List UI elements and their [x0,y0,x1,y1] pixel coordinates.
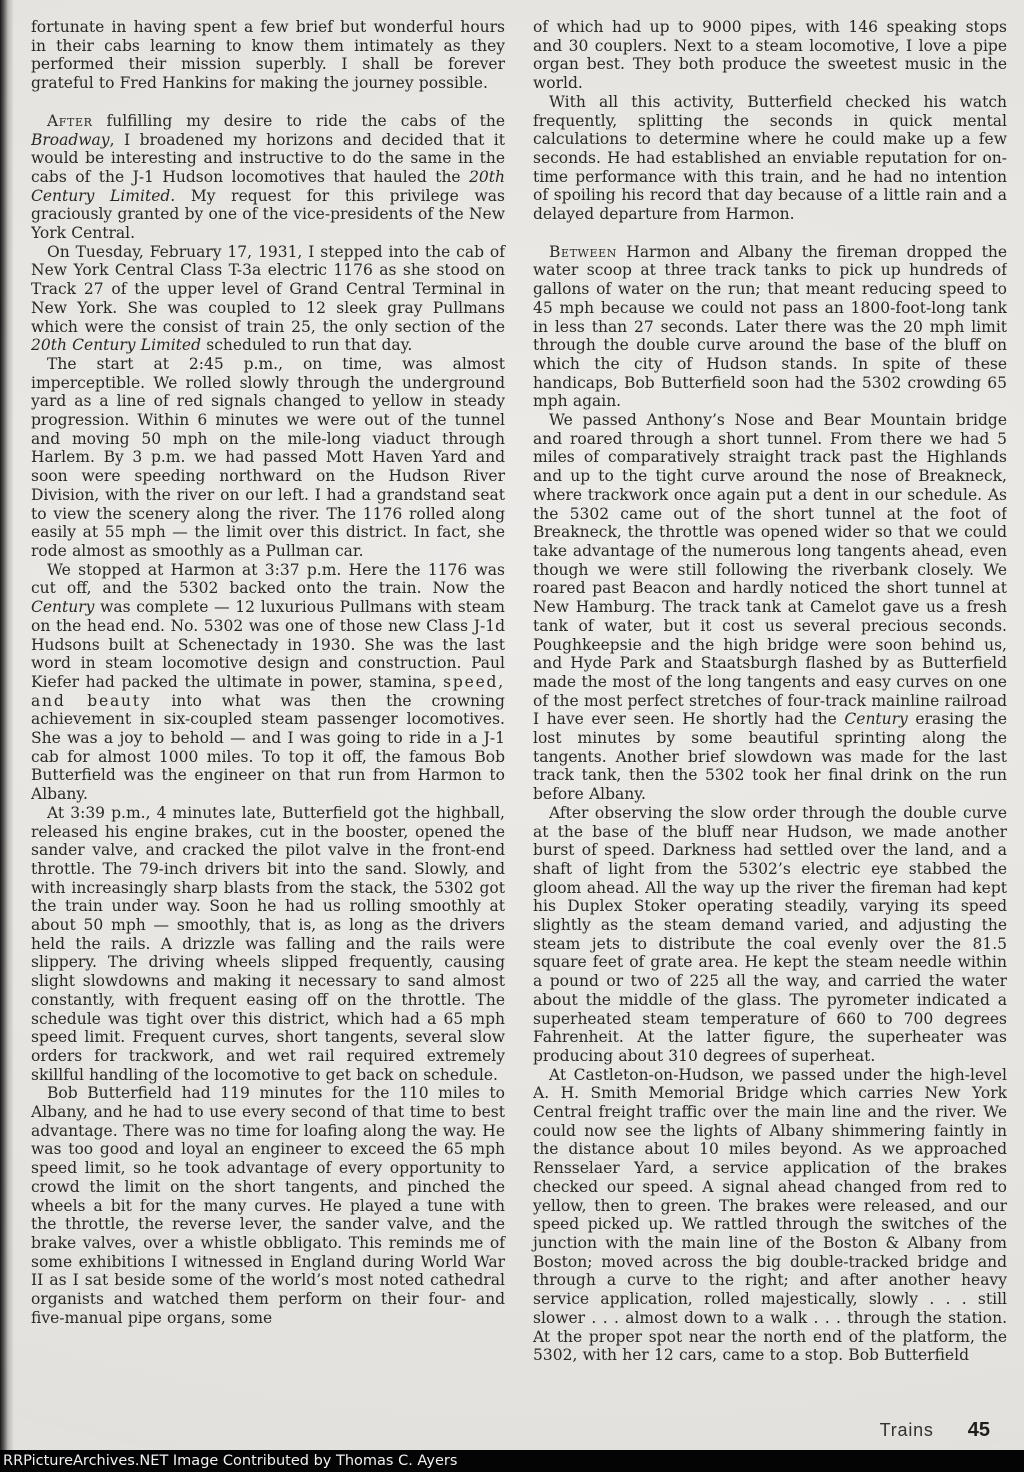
paragraph: Bob Butterfield had 119 minutes for the … [31,1084,505,1327]
text-segment: fortunate in having spent a few brief bu… [31,18,505,92]
left-column: fortunate in having spent a few brief bu… [31,18,505,1432]
text-segment: On Tuesday, February 17, 1931, I stepped… [31,243,505,336]
text-segment: 20th Century Limited [31,336,201,354]
paragraph: At Castleton-on-Hudson, we passed under … [533,1066,1007,1365]
paragraph: We stopped at Harmon at 3:37 p.m. Here t… [31,561,505,804]
text-segment: of which had up to 9000 pipes, with 146 … [533,18,1007,92]
magazine-page-scan: fortunate in having spent a few brief bu… [0,0,1024,1472]
paragraph: With all this activity, Butterfield chec… [533,93,1007,224]
text-segment: was complete — 12 luxurious Pullmans wit… [31,598,505,691]
text-segment: Harmon and Albany the fireman dropped th… [533,243,1007,411]
page-number: 45 [968,1419,990,1442]
paragraph: After fulfilling my desire to ride the c… [31,112,505,243]
text-segment: fulfilling my desire to ride the cabs of… [92,112,505,130]
text-segment: After observing the slow order through t… [533,804,1007,1065]
paragraph: On Tuesday, February 17, 1931, I stepped… [31,243,505,355]
text-segment: scheduled to run that day. [201,336,412,354]
paragraph: fortunate in having spent a few brief bu… [31,18,505,93]
text-segment: Century [844,710,907,728]
text-segment: Bob Butterfield had 119 minutes for the … [31,1084,505,1326]
text-segment: With all this activity, Butterfield chec… [533,93,1007,223]
article-body: fortunate in having spent a few brief bu… [31,18,1007,1432]
watermark-text: RRPictureArchives.NET Image Contributed … [0,1453,457,1469]
paragraph: The start at 2:45 p.m., on time, was alm… [31,355,505,561]
paragraph: of which had up to 9000 pipes, with 146 … [533,18,1007,93]
text-segment: We passed Anthony’s Nose and Bear Mounta… [533,411,1007,728]
paragraph: After observing the slow order through t… [533,804,1007,1066]
scan-edge-shadow [0,0,14,1450]
text-segment: After [47,112,92,130]
paragraph: Between Harmon and Albany the fireman dr… [533,243,1007,411]
text-segment: Between [549,243,617,261]
text-segment: The start at 2:45 p.m., on time, was alm… [31,355,505,560]
paragraph: At 3:39 p.m., 4 minutes late, Butterfiel… [31,804,505,1085]
text-segment: At Castleton-on-Hudson, we passed under … [533,1066,1007,1365]
text-segment: Broadway [31,131,110,149]
text-segment: We stopped at Harmon at 3:37 p.m. Here t… [31,561,505,598]
watermark-bar: RRPictureArchives.NET Image Contributed … [0,1450,1024,1472]
magazine-name: Trains [880,1420,934,1441]
right-column: of which had up to 9000 pipes, with 146 … [533,18,1007,1432]
page-footer: Trains 45 [880,1419,990,1442]
paragraph: We passed Anthony’s Nose and Bear Mounta… [533,411,1007,804]
text-segment: Century [31,598,94,616]
text-segment: At 3:39 p.m., 4 minutes late, Butterfiel… [31,804,505,1084]
